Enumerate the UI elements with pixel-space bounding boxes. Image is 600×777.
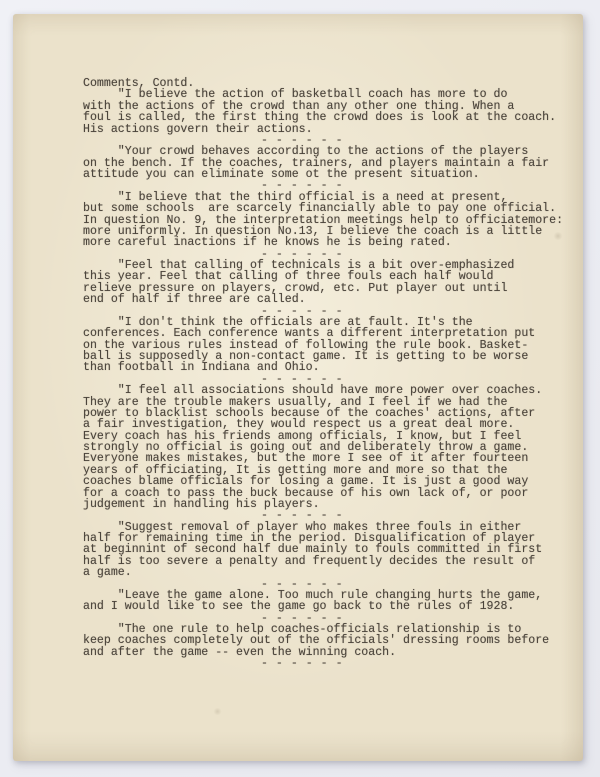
- text-line: end of half if three are called.: [83, 294, 575, 305]
- text-line: more careful inactions if he knows he is…: [83, 237, 575, 248]
- text-line: foul is called, the first thing the crow…: [83, 112, 575, 123]
- typewritten-text-block: Comments, Contd. "I believe the action o…: [83, 78, 575, 670]
- text-line: coaches blame officials for losing a gam…: [83, 476, 575, 487]
- comment-paragraphs: "I believe the action of basketball coac…: [83, 89, 575, 669]
- text-line: a game.: [83, 567, 575, 578]
- text-line: "Your crowd behaves according to the act…: [83, 146, 575, 157]
- paper-stain: [213, 708, 222, 715]
- text-line: a fair investigation, they would respect…: [83, 419, 575, 430]
- text-line: conferences. Each conference wants a dif…: [83, 328, 575, 339]
- text-line: half is too severe a penalty and frequen…: [83, 556, 575, 567]
- text-line: but some schools are scarcely financiall…: [83, 203, 575, 214]
- text-line: "I feel all associations should have mor…: [83, 385, 575, 396]
- scanned-paper-page: Comments, Contd. "I believe the action o…: [13, 14, 583, 761]
- text-line: and I would like to see the game go back…: [83, 601, 575, 612]
- dashed-separator: - - - - - -: [83, 510, 575, 521]
- dashed-separator: - - - - - -: [83, 658, 575, 669]
